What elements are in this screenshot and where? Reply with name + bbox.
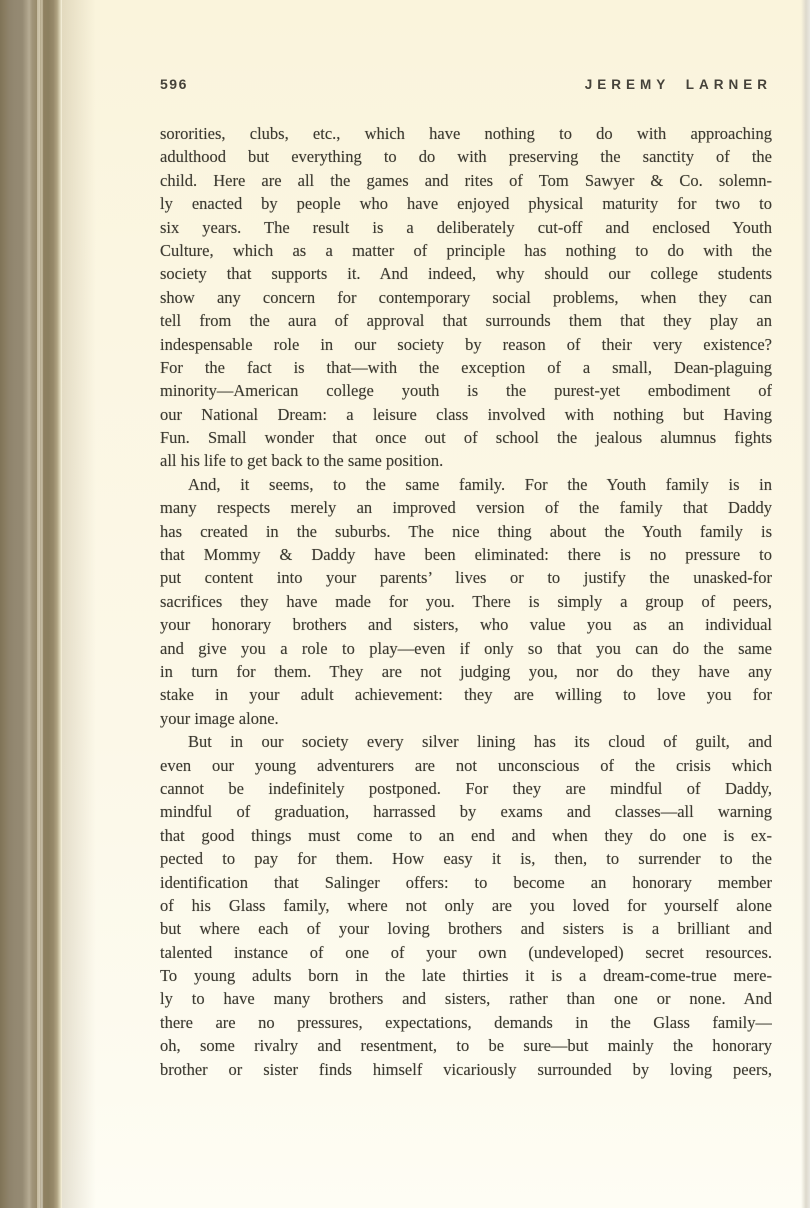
binding-highlight [37,0,40,1208]
text-line: brother or sister finds himself vicariou… [160,1058,772,1081]
text-line: and give you a role to play—even if only… [160,637,772,660]
text-line: that good things must come to an end and… [160,824,772,847]
text-line: And, it seems, to the same family. For t… [160,473,772,496]
text-line: To young adults born in the late thirtie… [160,964,772,987]
text-line: ly enacted by people who have enjoyed ph… [160,192,772,215]
text-line: there are no pressures, expectations, de… [160,1011,772,1034]
text-line: put content into your parents’ lives or … [160,566,772,589]
paragraph: sororities, clubs, etc., which have noth… [160,122,772,473]
text-line: show any concern for contemporary social… [160,286,772,309]
text-line: sacrifices they have made for you. There… [160,590,772,613]
text-line: pected to pay for them. How easy it is, … [160,847,772,870]
text-line: that Mommy & Daddy have been eliminated:… [160,543,772,566]
text-line: all his life to get back to the same pos… [160,449,772,472]
text-line: Culture, which as a matter of principle … [160,239,772,262]
text-line: your honorary brothers and sisters, who … [160,613,772,636]
text-line: six years. The result is a deliberately … [160,216,772,239]
text-line: in turn for them. They are not judging y… [160,660,772,683]
text-line: ly to have many brothers and sisters, ra… [160,987,772,1010]
text-line: Fun. Small wonder that once out of schoo… [160,426,772,449]
text-line: child. Here are all the games and rites … [160,169,772,192]
paragraph: But in our society every silver lining h… [160,730,772,1081]
text-line: For the fact is that—with the exception … [160,356,772,379]
text-line: of his Glass family, where not only are … [160,894,772,917]
running-head: 596 JEREMY LARNER [160,76,772,92]
text-line: tell from the aura of approval that surr… [160,309,772,332]
text-line: identification that Salinger offers: to … [160,871,772,894]
text-line: indespensable role in our society by rea… [160,333,772,356]
text-line: our National Dream: a leisure class invo… [160,403,772,426]
text-line: society that supports it. And indeed, wh… [160,262,772,285]
paragraph: And, it seems, to the same family. For t… [160,473,772,730]
text-line: oh, some rivalry and resentment, to be s… [160,1034,772,1057]
text-line: mindful of graduation, harrassed by exam… [160,800,772,823]
text-line: adulthood but everything to do with pres… [160,145,772,168]
text-line: But in our society every silver lining h… [160,730,772,753]
page-number: 596 [160,76,188,92]
text-line: talented instance of one of your own (un… [160,941,772,964]
text-line: sororities, clubs, etc., which have noth… [160,122,772,145]
text-line: your image alone. [160,707,772,730]
gutter-shadow [62,0,96,1208]
text-line: even our young adventurers are not uncon… [160,754,772,777]
text-line: many respects merely an improved version… [160,496,772,519]
book-page-scan: 596 JEREMY LARNER sororities, clubs, etc… [0,0,810,1208]
text-line: cannot be indefinitely postponed. For th… [160,777,772,800]
book-binding [0,0,62,1208]
text-line: but where each of your loving brothers a… [160,917,772,940]
page-edge-right [801,0,810,1208]
text-line: minority—American college youth is the p… [160,379,772,402]
body-text: sororities, clubs, etc., which have noth… [160,122,772,1081]
running-head-author: JEREMY LARNER [585,77,772,92]
text-line: stake in your adult achievement: they ar… [160,683,772,706]
text-line: has created in the suburbs. The nice thi… [160,520,772,543]
